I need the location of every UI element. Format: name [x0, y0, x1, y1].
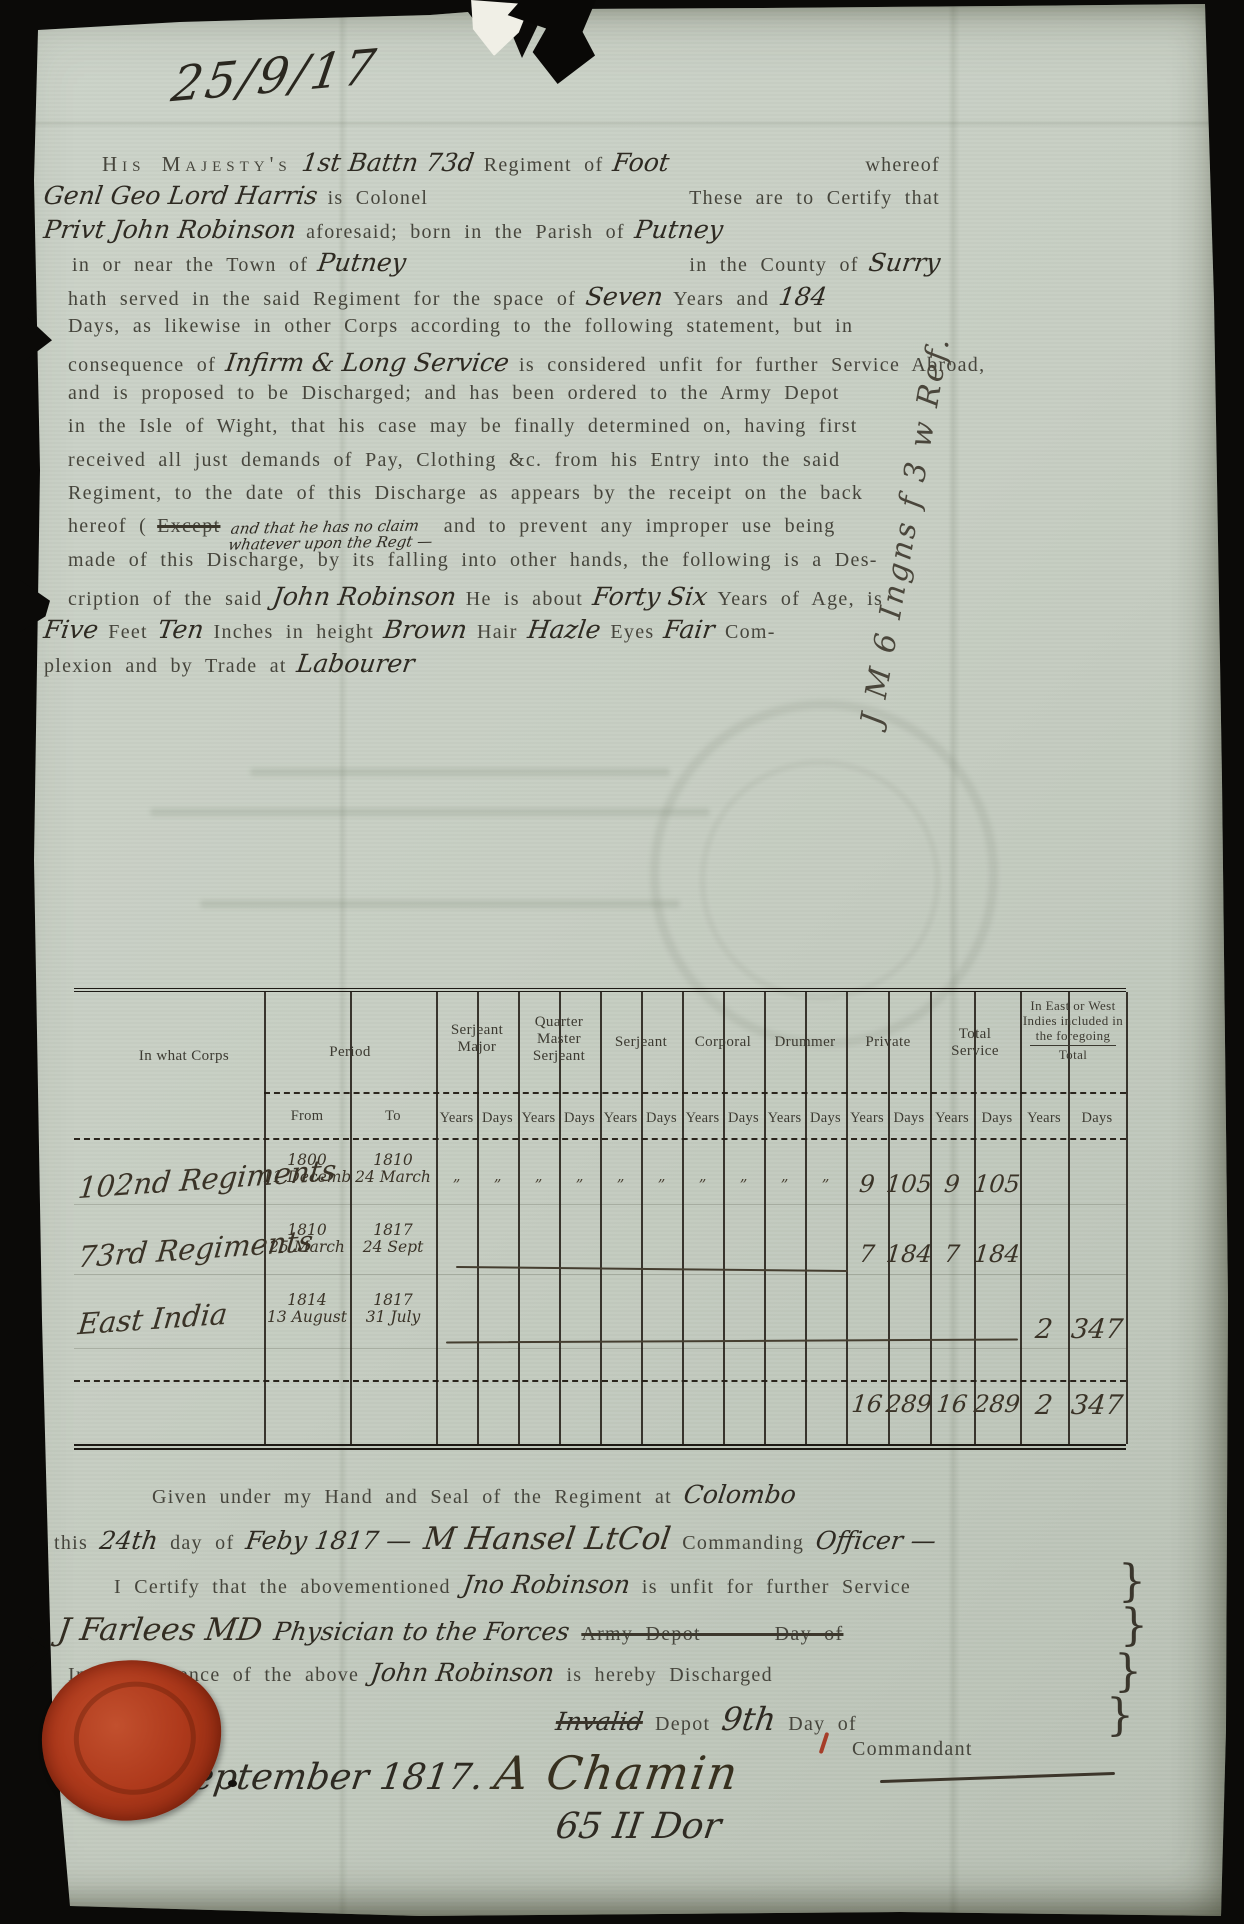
row-from-date: 181025 March [269, 1222, 345, 1256]
handwritten-text: 1st Battn 73d [300, 148, 476, 177]
value-total-years: 9 [943, 1170, 961, 1198]
handwritten-ninth: 9th [720, 1700, 779, 1738]
handwritten-text: and that he has no claimwhatever upon th… [228, 518, 437, 554]
value-total-years: 7 [943, 1240, 961, 1268]
col-header-corps: In what Corps [99, 1048, 269, 1065]
document-line-16: plexion and by Trade atLabourer [44, 649, 940, 682]
handwritten-text: Seven [584, 282, 665, 311]
signature-flourish: 65 II Dor [553, 1806, 724, 1847]
handwritten-text: Ten [156, 615, 206, 644]
row-corps-name: East India [76, 1297, 229, 1342]
printed-text: Inches in height [214, 621, 375, 644]
printed-text: Given under my Hand and Seal of the Regi… [152, 1486, 672, 1509]
subheader-years: Years [1027, 1110, 1061, 1127]
ink-bleedthrough [250, 768, 670, 776]
document-line-9: in the Isle of Wight, that his case may … [44, 415, 940, 448]
handwritten-name: Jno Robinson [461, 1570, 632, 1599]
total-service-years: 16 [935, 1390, 968, 1418]
handwritten-text: Fair [662, 615, 717, 644]
printed-text: Except [157, 515, 220, 538]
total-private-years: 16 [850, 1390, 883, 1418]
subheader-to: To [385, 1108, 401, 1125]
ditto-mark: ” [699, 1176, 707, 1194]
signature-flourish-line: 65 II Dor [556, 1806, 721, 1847]
printed-text: Feet [108, 621, 148, 644]
handwritten-name: John Robinson [369, 1658, 556, 1687]
subheader-days: Days [564, 1110, 595, 1127]
printed-text: plexion and by Trade at [44, 655, 287, 678]
printed-text: Com- [725, 621, 776, 644]
col-header-rank: Private [845, 1034, 931, 1051]
date-signature-line: this 24th day of Feby 1817 — M Hansel Lt… [54, 1521, 936, 1557]
total-private-days: 289 [885, 1390, 934, 1418]
value-private-years: 7 [858, 1240, 876, 1268]
ditto-mark: ” [822, 1176, 830, 1194]
document-line-15: FiveFeetTenInches in heightBrownHairHazl… [44, 615, 940, 648]
table-column-line [682, 992, 684, 1444]
depot-date-line: Invalid Depot 9th Day of [556, 1700, 857, 1738]
subheader-days: Days [482, 1110, 513, 1127]
seal-ring [69, 1676, 202, 1800]
physician-signature: J Farlees MD [55, 1612, 264, 1648]
handwritten-text: Hazle [526, 615, 603, 644]
printed-text: in or near the Town of [72, 254, 308, 277]
col-header-indies: In East or West Indies included in the f… [1021, 998, 1125, 1062]
subheader-years: Years [604, 1110, 638, 1127]
ditto-mark: ” [453, 1176, 461, 1194]
printed-text: is Colonel [328, 187, 429, 210]
ink-strike-line [456, 1266, 848, 1272]
subheader-years: Years [935, 1110, 969, 1127]
printed-text: in the Isle of Wight, that his case may … [68, 415, 858, 438]
printed-text: hath served in the said Regiment for the… [68, 288, 576, 311]
document-line-11: Regiment, to the date of this Discharge … [44, 482, 940, 515]
subheader-from: From [291, 1108, 324, 1125]
row-to-date: 181724 Sept [363, 1222, 424, 1256]
col-header-rank: Quarter Master Serjeant [516, 1014, 602, 1065]
row-from-date: 180011 Decemb [263, 1152, 352, 1186]
document-line-3: Privt John Robinsonaforesaid; born in th… [44, 215, 940, 248]
table-column-line [764, 992, 766, 1444]
value-private-years: 9 [858, 1170, 876, 1198]
document-line-10: received all just demands of Pay, Clothi… [44, 449, 940, 482]
printed-text: day of [170, 1532, 234, 1555]
printed-text: Regiment of [484, 154, 604, 177]
value-total-days: 105 [973, 1170, 1022, 1198]
table-rule [264, 1092, 1126, 1094]
handwritten-text: John Robinson [270, 582, 457, 611]
document-line-2: Genl Geo Lord Harrisis ColonelThese are … [44, 181, 940, 214]
total-indies-years: 2 [1034, 1390, 1054, 1421]
handwritten-text: Forty Six [591, 582, 709, 611]
handwritten-text: Infirm & Long Service [224, 348, 511, 377]
handwritten-title: Physician to the Forces [272, 1617, 571, 1646]
printed-text: Commandant [852, 1738, 973, 1761]
printed-text: His Majesty's [102, 152, 292, 177]
printed-text: and is proposed to be Discharged; and ha… [68, 382, 840, 405]
brace-glyph: } [1106, 1690, 1134, 1741]
row-from-date: 181413 August [267, 1292, 347, 1326]
handwritten-text: 184 [777, 282, 829, 311]
row-to-date: 181731 July [366, 1292, 421, 1326]
value-private-days: 105 [885, 1170, 934, 1198]
table-column-line [930, 992, 932, 1444]
brace-glyph: } [1120, 1600, 1148, 1651]
printed-text: aforesaid; born in the Parish of [306, 221, 625, 244]
handwritten-text: Putney [633, 215, 725, 244]
handwritten-day: 24th [98, 1526, 160, 1555]
value-total-days: 184 [973, 1240, 1022, 1268]
document-line-6: Days, as likewise in other Corps accordi… [44, 315, 940, 348]
document-line-1: His Majesty's1st Battn 73dRegiment ofFoo… [44, 148, 940, 181]
printed-text: whereof [865, 154, 940, 177]
handwritten-officer: Officer — [814, 1526, 938, 1555]
value-indies-days: 347 [1070, 1314, 1125, 1345]
printed-text: hereof ( [68, 515, 147, 538]
printed-text: and to prevent any improper use being [444, 515, 836, 538]
printed-text: Commanding [682, 1532, 804, 1555]
document-line-12: hereof (Exceptand that he has no claimwh… [44, 515, 940, 548]
indies-total-label: Total [1030, 1045, 1116, 1062]
table-column-line [805, 992, 807, 1444]
ink-blot [228, 1780, 237, 1787]
table-column-line [723, 992, 725, 1444]
col-header-rank: Drummer [762, 1034, 848, 1051]
ditto-mark: ” [576, 1176, 584, 1194]
value-private-days: 184 [885, 1240, 934, 1268]
printed-text: this [54, 1532, 88, 1555]
given-under-line: Given under my Hand and Seal of the Regi… [152, 1480, 796, 1509]
col-header-rank: Serjeant Major [434, 1022, 520, 1056]
printed-text: in the County of [689, 254, 858, 277]
handwritten-place: Colombo [682, 1480, 798, 1509]
col-header-rank: Serjeant [598, 1034, 684, 1051]
physician-line: J Farlees MD Physician to the Forces Arm… [58, 1612, 843, 1648]
ink-bleedthrough [150, 808, 710, 816]
subheader-days: Days [982, 1110, 1013, 1127]
handwritten-text: Labourer [295, 649, 416, 678]
table-column-line [641, 992, 643, 1444]
total-service-days: 289 [973, 1390, 1022, 1418]
handwritten-text: Five [42, 615, 100, 644]
printed-text: Hair [477, 621, 518, 644]
printed-text: is hereby Discharged [566, 1664, 772, 1687]
ditto-mark: ” [781, 1176, 789, 1194]
handwritten-text: Genl Geo Lord Harris [42, 181, 320, 210]
subheader-years: Years [850, 1110, 884, 1127]
document-line-5: hath served in the said Regiment for the… [44, 282, 940, 315]
printed-text: cription of the said [68, 588, 263, 611]
final-signature-line: September 1817. A Chamin [168, 1746, 739, 1800]
handwritten-text: Foot [611, 148, 671, 177]
document-line-4: in or near the Town ofPutneyin the Count… [44, 248, 940, 281]
ditto-mark: ” [535, 1176, 543, 1194]
handwritten-text: Privt John Robinson [42, 215, 298, 244]
ditto-mark: ” [494, 1176, 502, 1194]
table-column-line [888, 992, 890, 1444]
printed-text: He is about [466, 588, 583, 611]
handwritten-text: Surry [867, 248, 942, 277]
indies-header-text: In East or West Indies included in the f… [1023, 998, 1123, 1043]
table-column-line [477, 992, 479, 1444]
col-header-rank: Corporal [680, 1034, 766, 1051]
value-indies-years: 2 [1034, 1314, 1054, 1345]
printed-text: made of this Discharge, by its falling i… [68, 549, 878, 572]
embossed-watermark [700, 760, 940, 1000]
ink-strike-line [446, 1339, 1018, 1344]
printed-text: consequence of [68, 354, 216, 377]
certificate-body-text: His Majesty's1st Battn 73dRegiment ofFoo… [44, 148, 940, 682]
printed-text: Years and [673, 288, 769, 311]
printed-text: Years of Age, is [717, 588, 883, 611]
service-table: In what CorpsPeriodSerjeant MajorQuarter… [74, 988, 1126, 1450]
handwritten-date: Feby 1817 — [244, 1526, 413, 1555]
document-line-8: and is proposed to be Discharged; and ha… [44, 382, 940, 415]
commandant-label-line: Commandant [852, 1738, 973, 1761]
printed-text: is unfit for further Service [642, 1576, 911, 1599]
handwritten-text: Putney [316, 248, 408, 277]
edge-tear [28, 1636, 50, 1670]
document-line-13: made of this Discharge, by its falling i… [44, 549, 940, 582]
subheader-years: Years [440, 1110, 474, 1127]
printed-text: Eyes [610, 621, 654, 644]
ditto-mark: ” [740, 1176, 748, 1194]
photo-backdrop: 25/9/17 His Majesty's1st Battn 73dRegime… [0, 0, 1244, 1924]
printed-text: received all just demands of Pay, Clothi… [68, 449, 840, 472]
ditto-mark: ” [617, 1176, 625, 1194]
handwritten-invalid: Invalid [554, 1707, 645, 1736]
table-column-line [436, 992, 438, 1444]
col-header-total-service: Total Service [940, 1026, 1010, 1060]
subheader-days: Days [894, 1110, 925, 1127]
table-column-line [846, 992, 848, 1444]
handwritten-text: Brown [382, 615, 469, 644]
ink-bleedthrough [200, 900, 680, 908]
printed-text: Days, as likewise in other Corps accordi… [68, 315, 853, 338]
document-line-7: consequence ofInfirm & Long Serviceis co… [44, 348, 940, 381]
subheader-years: Years [686, 1110, 720, 1127]
printed-text: Day of [788, 1713, 857, 1736]
handwritten-note-line: whatever upon the Regt — [228, 534, 434, 554]
subheader-days: Days [810, 1110, 841, 1127]
printed-text: These are to Certify that [689, 187, 940, 210]
certify-line: I Certify that the abovementioned Jno Ro… [114, 1570, 911, 1599]
commanding-officer-signature: M Hansel LtCol [421, 1521, 673, 1557]
printed-text: Depot [655, 1713, 710, 1736]
subheader-years: Years [768, 1110, 802, 1127]
printed-text: Regiment, to the date of this Discharge … [68, 482, 863, 505]
subheader-days: Days [728, 1110, 759, 1127]
commandant-signature: A Chamin [491, 1746, 743, 1800]
col-header-period: Period [290, 1044, 410, 1061]
row-to-date: 181024 March [355, 1152, 431, 1186]
subheader-days: Days [1082, 1110, 1113, 1127]
total-indies-days: 347 [1070, 1390, 1125, 1421]
subheader-days: Days [646, 1110, 677, 1127]
struck-printed-text: Army Depot Day of [581, 1623, 843, 1646]
ditto-mark: ” [658, 1176, 666, 1194]
subheader-years: Years [522, 1110, 556, 1127]
printed-text: I Certify that the abovementioned [114, 1576, 451, 1599]
document-line-14: cription of the saidJohn RobinsonHe is a… [44, 582, 940, 615]
table-column-line [1126, 992, 1128, 1444]
